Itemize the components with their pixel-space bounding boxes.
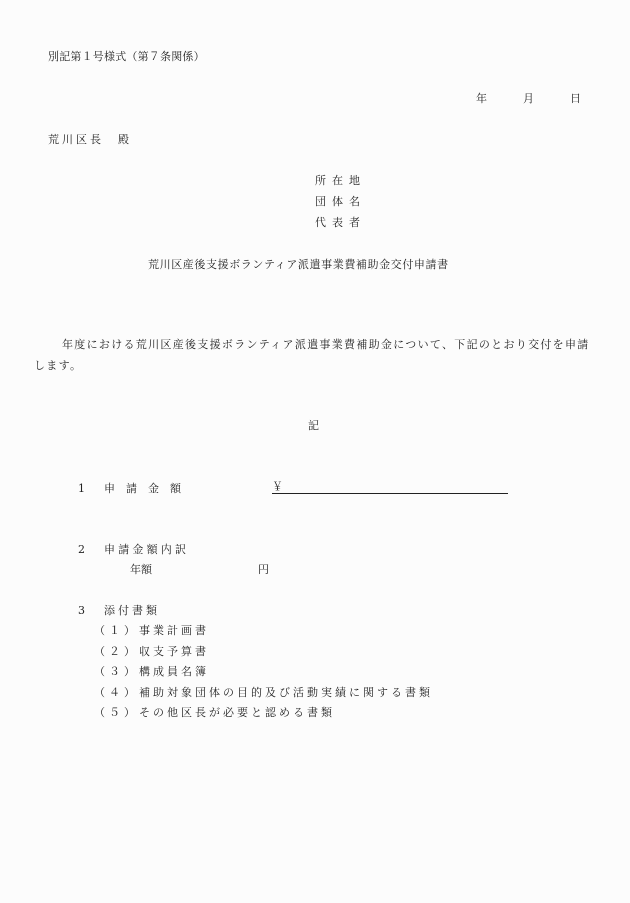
attachment-index: （３） [94, 665, 139, 679]
attachment-item: （３）構成員名簿 [94, 665, 433, 686]
attachment-label: 事業計画書 [139, 624, 209, 637]
addressee-honorific: 殿 [118, 133, 129, 146]
attachment-list: （１）事業計画書 （２）収支予算書 （３）構成員名簿 （４）補助対象団体の目的及… [94, 624, 433, 727]
application-amount-field[interactable]: ￥ [272, 478, 508, 494]
item-number: 3 [78, 604, 104, 618]
item-attachments: 3添付書類 [78, 604, 160, 618]
date-year-label: 年 [476, 92, 487, 106]
item-label: 添付書類 [104, 604, 160, 617]
attachment-index: （２） [94, 645, 139, 659]
applicant-block: 所在地 団体名 代表者 [315, 174, 366, 237]
applicant-address-label: 所在地 [315, 174, 366, 195]
body-text: 年度における荒川区産後支援ボランティア派遣事業費補助金について、下記のとおり交付… [34, 338, 590, 372]
item-application-amount: 1申請金額 [78, 482, 192, 496]
attachment-label: 補助対象団体の目的及び活動実績に関する書類 [139, 686, 433, 699]
attachment-item: （２）収支予算書 [94, 645, 433, 666]
attachment-index: （１） [94, 624, 139, 638]
attachment-index: （４） [94, 686, 139, 700]
attachment-item: （１）事業計画書 [94, 624, 433, 645]
attachment-label: その他区長が必要と認める書類 [139, 706, 335, 719]
date-month-label: 月 [523, 92, 534, 106]
annual-amount-label: 年額 [130, 563, 152, 577]
item-label: 申請金額内訳 [104, 543, 189, 556]
date-day-label: 日 [570, 92, 581, 106]
addressee-name: 荒川区長 [48, 133, 104, 146]
form-number: 別記第１号様式（第７条関係） [48, 50, 205, 64]
attachment-item: （４）補助対象団体の目的及び活動実績に関する書類 [94, 686, 433, 707]
document-title: 荒川区産後支援ボランティア派遣事業費補助金交付申請書 [148, 258, 449, 272]
body-paragraph: 年度における荒川区産後支援ボランティア派遣事業費補助金について、下記のとおり交付… [34, 334, 594, 376]
annual-amount-unit: 円 [258, 563, 269, 577]
item-amount-breakdown: 2申請金額内訳 [78, 543, 189, 557]
item-number: 1 [78, 482, 104, 496]
attachment-item: （５）その他区長が必要と認める書類 [94, 706, 433, 727]
addressee: 荒川区長殿 [48, 133, 129, 147]
ki-heading: 記 [308, 419, 319, 433]
item-number: 2 [78, 543, 104, 557]
attachment-index: （５） [94, 706, 139, 720]
item-label: 申請金額 [104, 482, 192, 495]
applicant-representative-label: 代表者 [315, 216, 366, 237]
attachment-label: 構成員名簿 [139, 665, 209, 678]
yen-symbol: ￥ [272, 480, 283, 494]
applicant-organization-label: 団体名 [315, 195, 366, 216]
attachment-label: 収支予算書 [139, 645, 209, 658]
